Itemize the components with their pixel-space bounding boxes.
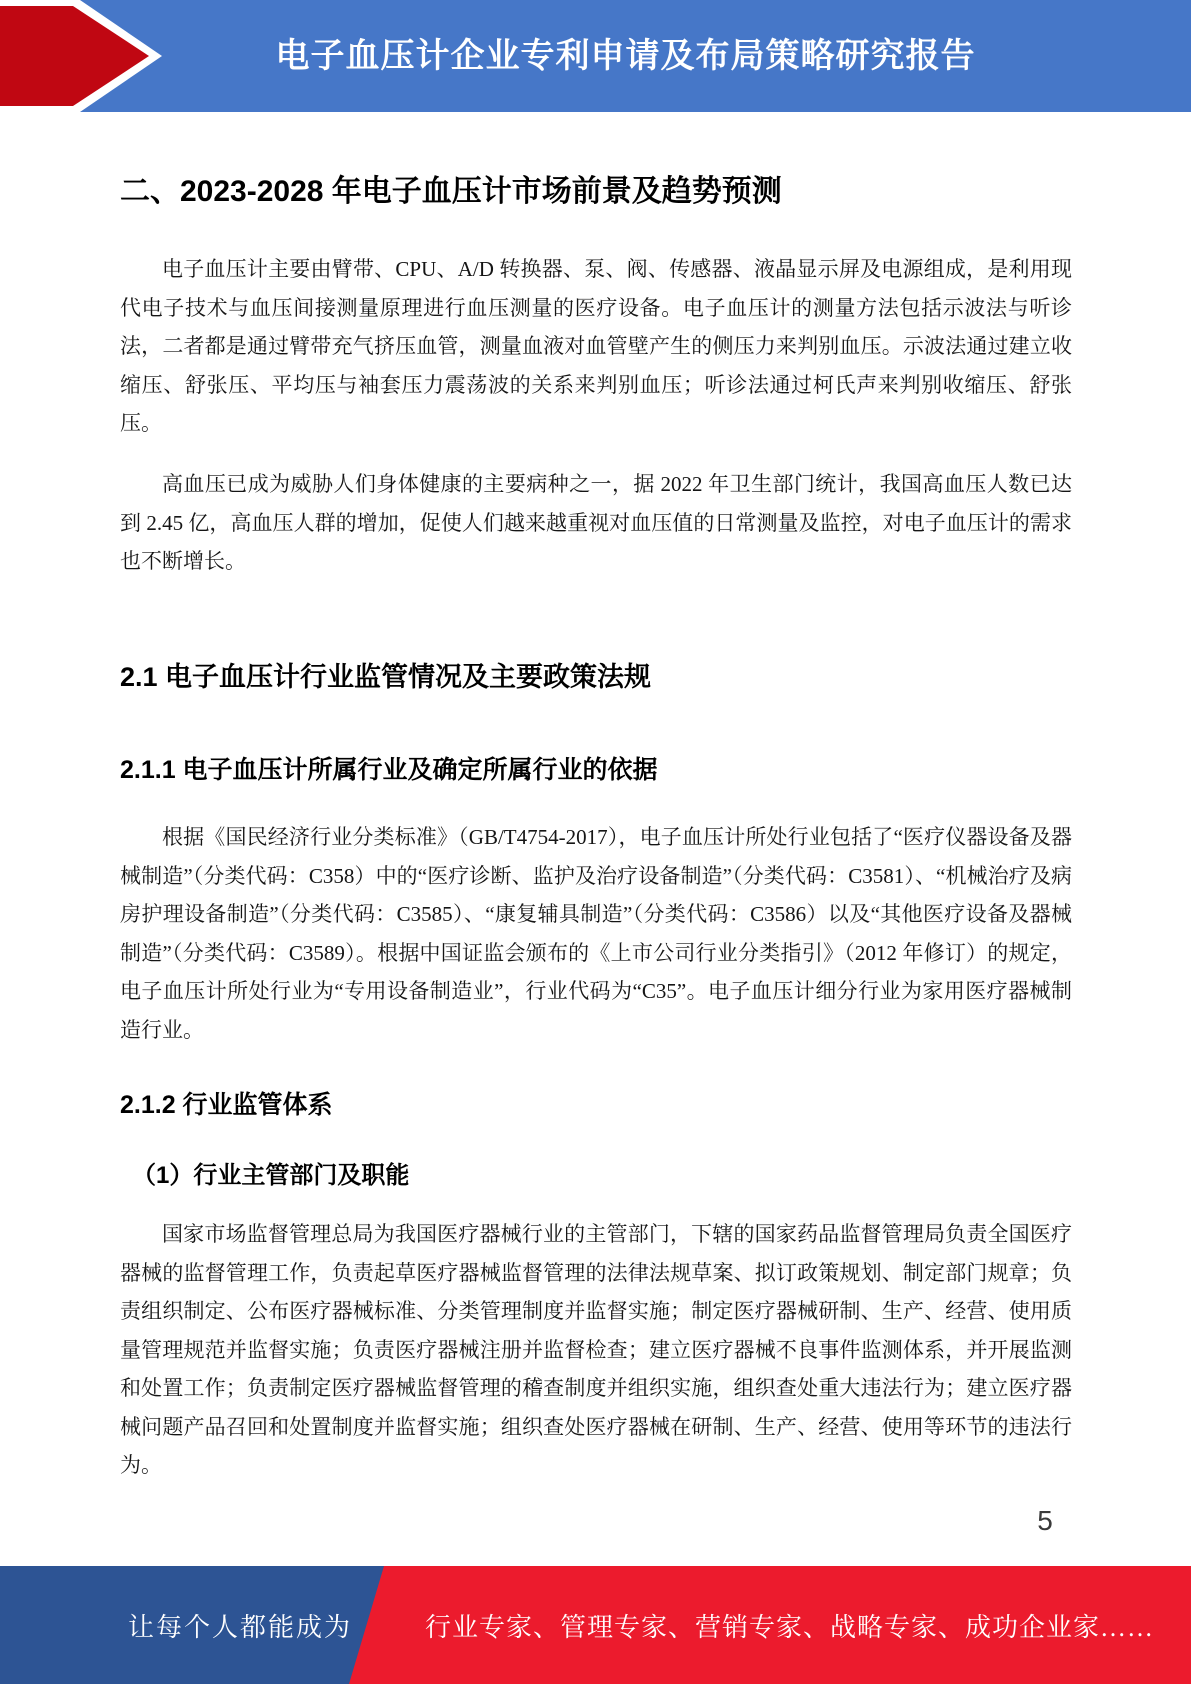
footer-banner: 让每个人都能成为 行业专家、管理专家、营销专家、战略专家、成功企业家…… <box>0 1566 1191 1684</box>
report-title: 电子血压计企业专利申请及布局策略研究报告 <box>0 0 1191 104</box>
paragraph-industry-classification: 根据《国民经济行业分类标准》（GB/T4754-2017），电子血压计所处行业包… <box>120 818 1072 1049</box>
header-banner: 电子血压计企业专利申请及布局策略研究报告 <box>0 0 1191 112</box>
subsection-heading-1: （1）行业主管部门及职能 <box>132 1155 1084 1190</box>
report-page: 电子血压计企业专利申请及布局策略研究报告 二、2023-2028 年电子血压计市… <box>0 0 1191 1684</box>
page-number: 5 <box>1020 1505 1070 1537</box>
paragraph-hypertension: 高血压已成为威胁人们身体健康的主要病种之一，据 2022 年卫生部门统计，我国高… <box>120 465 1072 581</box>
paragraph-regulator: 国家市场监督管理总局为我国医疗器械行业的主管部门，下辖的国家药品监督管理局负责全… <box>120 1215 1072 1485</box>
footer-slogan-left: 让每个人都能成为 <box>0 1566 352 1684</box>
section-heading-2-1-1: 2.1.1 电子血压计所属行业及确定所属行业的依据 <box>120 750 1072 786</box>
section-heading-2-1-2: 2.1.2 行业监管体系 <box>120 1085 1072 1121</box>
section-heading-2-1: 2.1 电子血压计行业监管情况及主要政策法规 <box>120 655 1072 694</box>
chapter-heading: 二、2023-2028 年电子血压计市场前景及趋势预测 <box>120 166 1072 210</box>
footer-slogan-right: 行业专家、管理专家、营销专家、战略专家、成功企业家…… <box>425 1566 1165 1684</box>
paragraph-intro: 电子血压计主要由臂带、CPU、A/D 转换器、泵、阀、传感器、液晶显示屏及电源组… <box>120 250 1072 443</box>
